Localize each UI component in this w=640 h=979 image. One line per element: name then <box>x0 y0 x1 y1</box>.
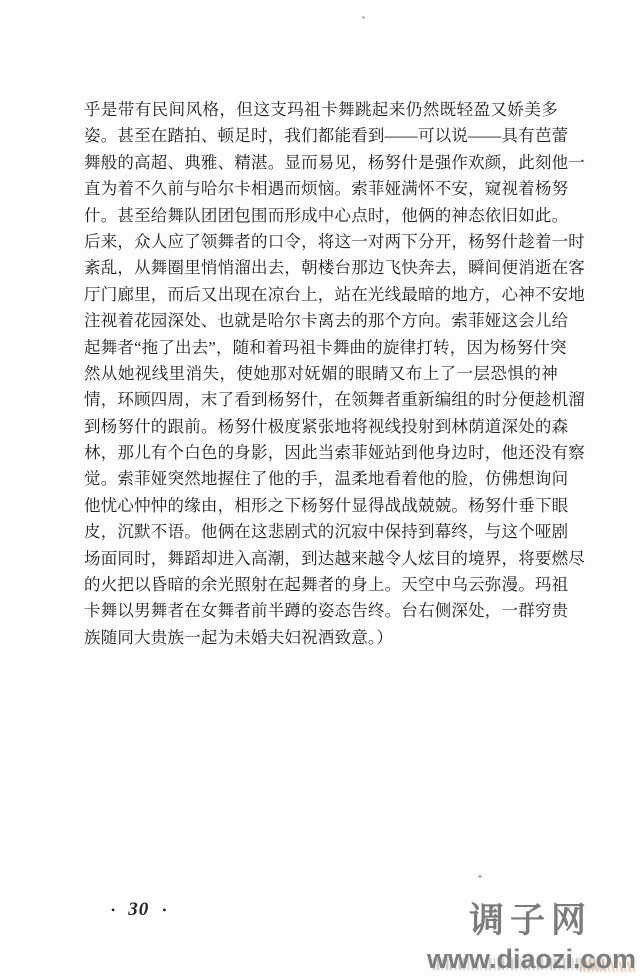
page-number-value: 30 <box>128 899 149 921</box>
body-text-line: 族随同大贵族一起为未婚夫妇祝酒致意。） <box>84 625 558 651</box>
body-text-line: 姿。甚至在踏拍、顿足时，我们都能看到——可以说——具有芭蕾 <box>84 123 558 149</box>
body-text-line: 紊乱，从舞圈里悄悄溜出去，朝楼台那边飞快奔去，瞬间便消逝在客 <box>84 255 558 281</box>
body-text-line: 情，环顾四周，末了看到杨努什，在领舞者重新编组的时分便趁机溜 <box>84 387 558 413</box>
body-text-line: 到杨努什的跟前。杨努什极度紧张地将视线投射到林荫道深处的森 <box>84 414 558 440</box>
body-text-line: 起舞者“拖了出去”，随和着玛祖卡舞曲的旋律打转，因为杨努什突 <box>84 335 558 361</box>
page-number-bullet-left: • <box>111 899 115 921</box>
body-text-line: 林，那儿有个白色的身影，因此当索菲娅站到他身边时，他还没有察 <box>84 440 558 466</box>
page-number-bullet-right: • <box>162 899 166 921</box>
scanned-page: 乎是带有民间风格，但这支玛祖卡舞跳起来仍然既轻盈又娇美多 姿。甚至在踏拍、顿足时… <box>0 0 640 979</box>
body-text-line: 卡舞以男舞者在女舞者前半蹲的姿态告终。台右侧深处，一群穷贵 <box>84 598 558 624</box>
body-text-line: 乎是带有民间风格，但这支玛祖卡舞跳起来仍然既轻盈又娇美多 <box>84 97 558 123</box>
scan-speck <box>362 16 365 19</box>
body-text-line: 厅门廊里，而后又出现在凉台上，站在光线最暗的地方，心神不安地 <box>84 282 558 308</box>
body-text-line: 注视着花园深处、也就是哈尔卡离去的那个方向。索菲娅这会儿给 <box>84 308 558 334</box>
body-text-line: 直为着不久前与哈尔卡相遇而烦恼。索菲娅满怀不安，窥视着杨努 <box>84 176 558 202</box>
body-text-line: 然从她视线里消失，使她那对妩媚的眼睛又布上了一层恐惧的神 <box>84 361 558 387</box>
body-text: 乎是带有民间风格，但这支玛祖卡舞跳起来仍然既轻盈又娇美多 姿。甚至在踏拍、顿足时… <box>84 97 558 651</box>
body-text-line: 场面同时，舞蹈却进入高潮，到达越来越令人炫目的境界，将要燃尽 <box>84 546 558 572</box>
watermark-site-url: www.diaozi.com <box>427 944 636 974</box>
body-text-line: 他忧心忡忡的缘由，相形之下杨努什显得战战兢兢。杨努什垂下眼 <box>84 493 558 519</box>
body-text-line: 觉。索菲娅突然地握住了他的手，温柔地看着他的脸，仿佛想询问 <box>84 466 558 492</box>
body-text-line: 皮，沉默不语。他俩在这悲剧式的沉寂中保持到幕终，与这个哑剧 <box>84 519 558 545</box>
watermark-site-name: 调子网 <box>469 901 592 941</box>
body-text-line: 什。甚至给舞队团团包围而形成中心点时，他俩的神态依旧如此。 <box>84 203 558 229</box>
body-text-line: 的火把以昏暗的余光照射在起舞者的身上。天空中乌云弥漫。玛祖 <box>84 572 558 598</box>
body-text-line: 舞般的高超、典雅、精湛。显而易见，杨努什是强作欢颜，此刻他一 <box>84 150 558 176</box>
page-number: • 30 • <box>111 899 166 921</box>
scan-speck <box>478 875 482 878</box>
body-text-line: 后来，众人应了领舞者的口令，将这一对两下分开，杨努什趁着一时 <box>84 229 558 255</box>
